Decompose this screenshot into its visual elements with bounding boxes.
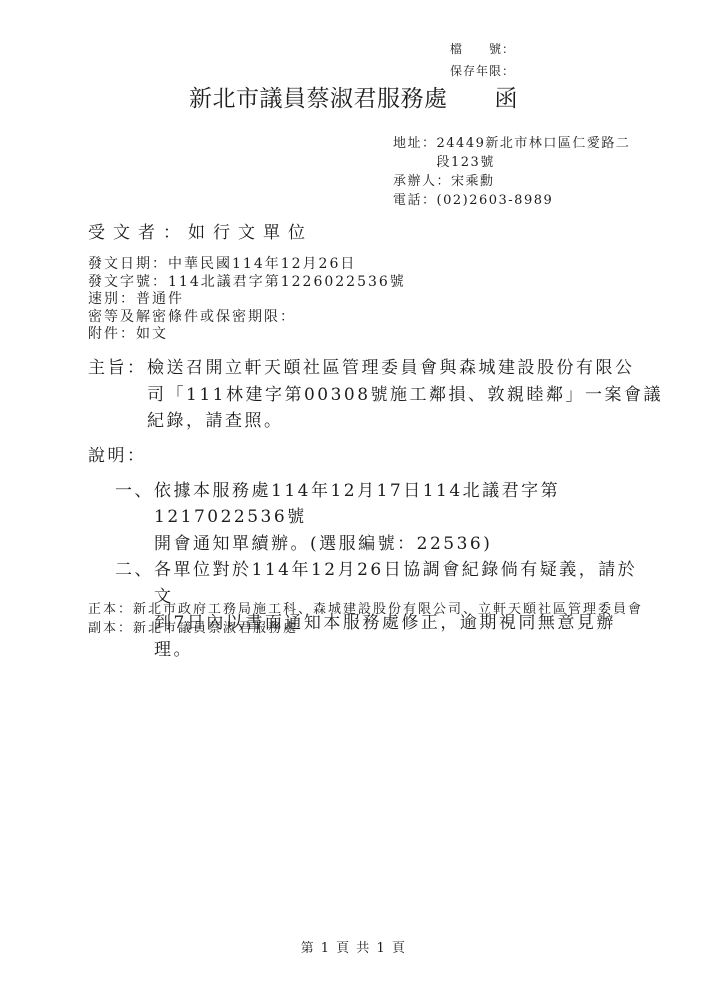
- archive-stamp-area: 檔 號： 保存年限：: [450, 38, 515, 82]
- attachment-value: 如文: [136, 326, 168, 342]
- original-recipients-value: 新北市政府工務局施工科、森城建設股份有限公司、立軒天頤社區管理委員會: [133, 602, 643, 617]
- doc-number-label: 發文字號：: [88, 274, 168, 290]
- copy-recipients-value: 新北市議員蔡淑君服務處: [133, 621, 298, 636]
- item-text: 依據本服務處114年12月17日114北議君字第1217022536號 開會通知…: [154, 478, 654, 558]
- issue-date-label: 發文日期：: [88, 256, 168, 272]
- copy-recipients-label: 副本：: [88, 621, 133, 636]
- doc-number-row: 發文字號：114北議君字第1226022536號: [88, 274, 406, 292]
- original-recipients-row: 正本：新北市政府工務局施工科、森城建設股份有限公司、立軒天頤社區管理委員會: [88, 601, 643, 620]
- copy-recipients-row: 副本：新北市議員蔡淑君服務處: [88, 620, 643, 639]
- description-label: 說明：: [88, 443, 668, 470]
- official-letter-page: 檔 號： 保存年限： 新北市議員蔡淑君服務處 函 地址： 24449新北市林口區…: [0, 0, 707, 1000]
- phone-label: 電話：: [393, 191, 437, 210]
- security-label: 密等及解密條件或保密期限：: [88, 309, 296, 325]
- letter-title: 新北市議員蔡淑君服務處 函: [0, 80, 707, 113]
- subject-paragraph: 主旨： 檢送召開立軒天頤社區管理委員會與森城建設股份有限公 司「111林建字第0…: [88, 355, 667, 435]
- original-recipients-label: 正本：: [88, 602, 133, 617]
- address-value: 24449新北市林口區仁愛路二 段123號: [437, 134, 631, 172]
- speed-row: 速別：普通件: [88, 291, 406, 309]
- recipient-label: 受文者：: [88, 223, 188, 243]
- item-number: 二、: [115, 557, 154, 584]
- subject-text: 檢送召開立軒天頤社區管理委員會與森城建設股份有限公 司「111林建字第00308…: [147, 355, 667, 435]
- distribution-block: 正本：新北市政府工務局施工科、森城建設股份有限公司、立軒天頤社區管理委員會 副本…: [88, 601, 643, 638]
- address-row: 地址： 24449新北市林口區仁愛路二 段123號: [393, 134, 630, 172]
- attachment-label: 附件：: [88, 326, 136, 342]
- recipient-value: 如行文單位: [188, 223, 313, 243]
- description-item-1: 一、 依據本服務處114年12月17日114北議君字第1217022536號 開…: [115, 478, 668, 558]
- security-row: 密等及解密條件或保密期限：: [88, 309, 406, 327]
- handler-label: 承辦人：: [393, 172, 451, 191]
- attachment-row: 附件：如文: [88, 326, 406, 344]
- issue-date-row: 發文日期：中華民國114年12月26日: [88, 256, 406, 274]
- speed-label: 速別：: [88, 291, 136, 307]
- issue-date-value: 中華民國114年12月26日: [168, 256, 356, 272]
- doc-number-value: 114北議君字第1226022536號: [168, 274, 406, 290]
- recipient-line: 受文者：如行文單位: [88, 222, 313, 244]
- file-number-label: 檔 號：: [450, 38, 515, 60]
- item-number: 一、: [115, 478, 154, 505]
- handler-row: 承辦人： 宋乘勳: [393, 172, 630, 191]
- retention-period-label: 保存年限：: [450, 60, 515, 82]
- phone-value: (02)2603-8989: [437, 191, 554, 210]
- address-label: 地址：: [393, 134, 437, 153]
- subject-label: 主旨：: [88, 355, 147, 382]
- page-number-footer: 第 1 頁 共 1 頁: [0, 937, 707, 956]
- speed-value: 普通件: [136, 291, 184, 307]
- sender-contact-block: 地址： 24449新北市林口區仁愛路二 段123號 承辦人： 宋乘勳 電話： (…: [393, 134, 630, 210]
- handler-name: 宋乘勳: [451, 172, 495, 191]
- phone-row: 電話： (02)2603-8989: [393, 191, 630, 210]
- letter-meta-block: 發文日期：中華民國114年12月26日 發文字號：114北議君字第1226022…: [88, 256, 406, 344]
